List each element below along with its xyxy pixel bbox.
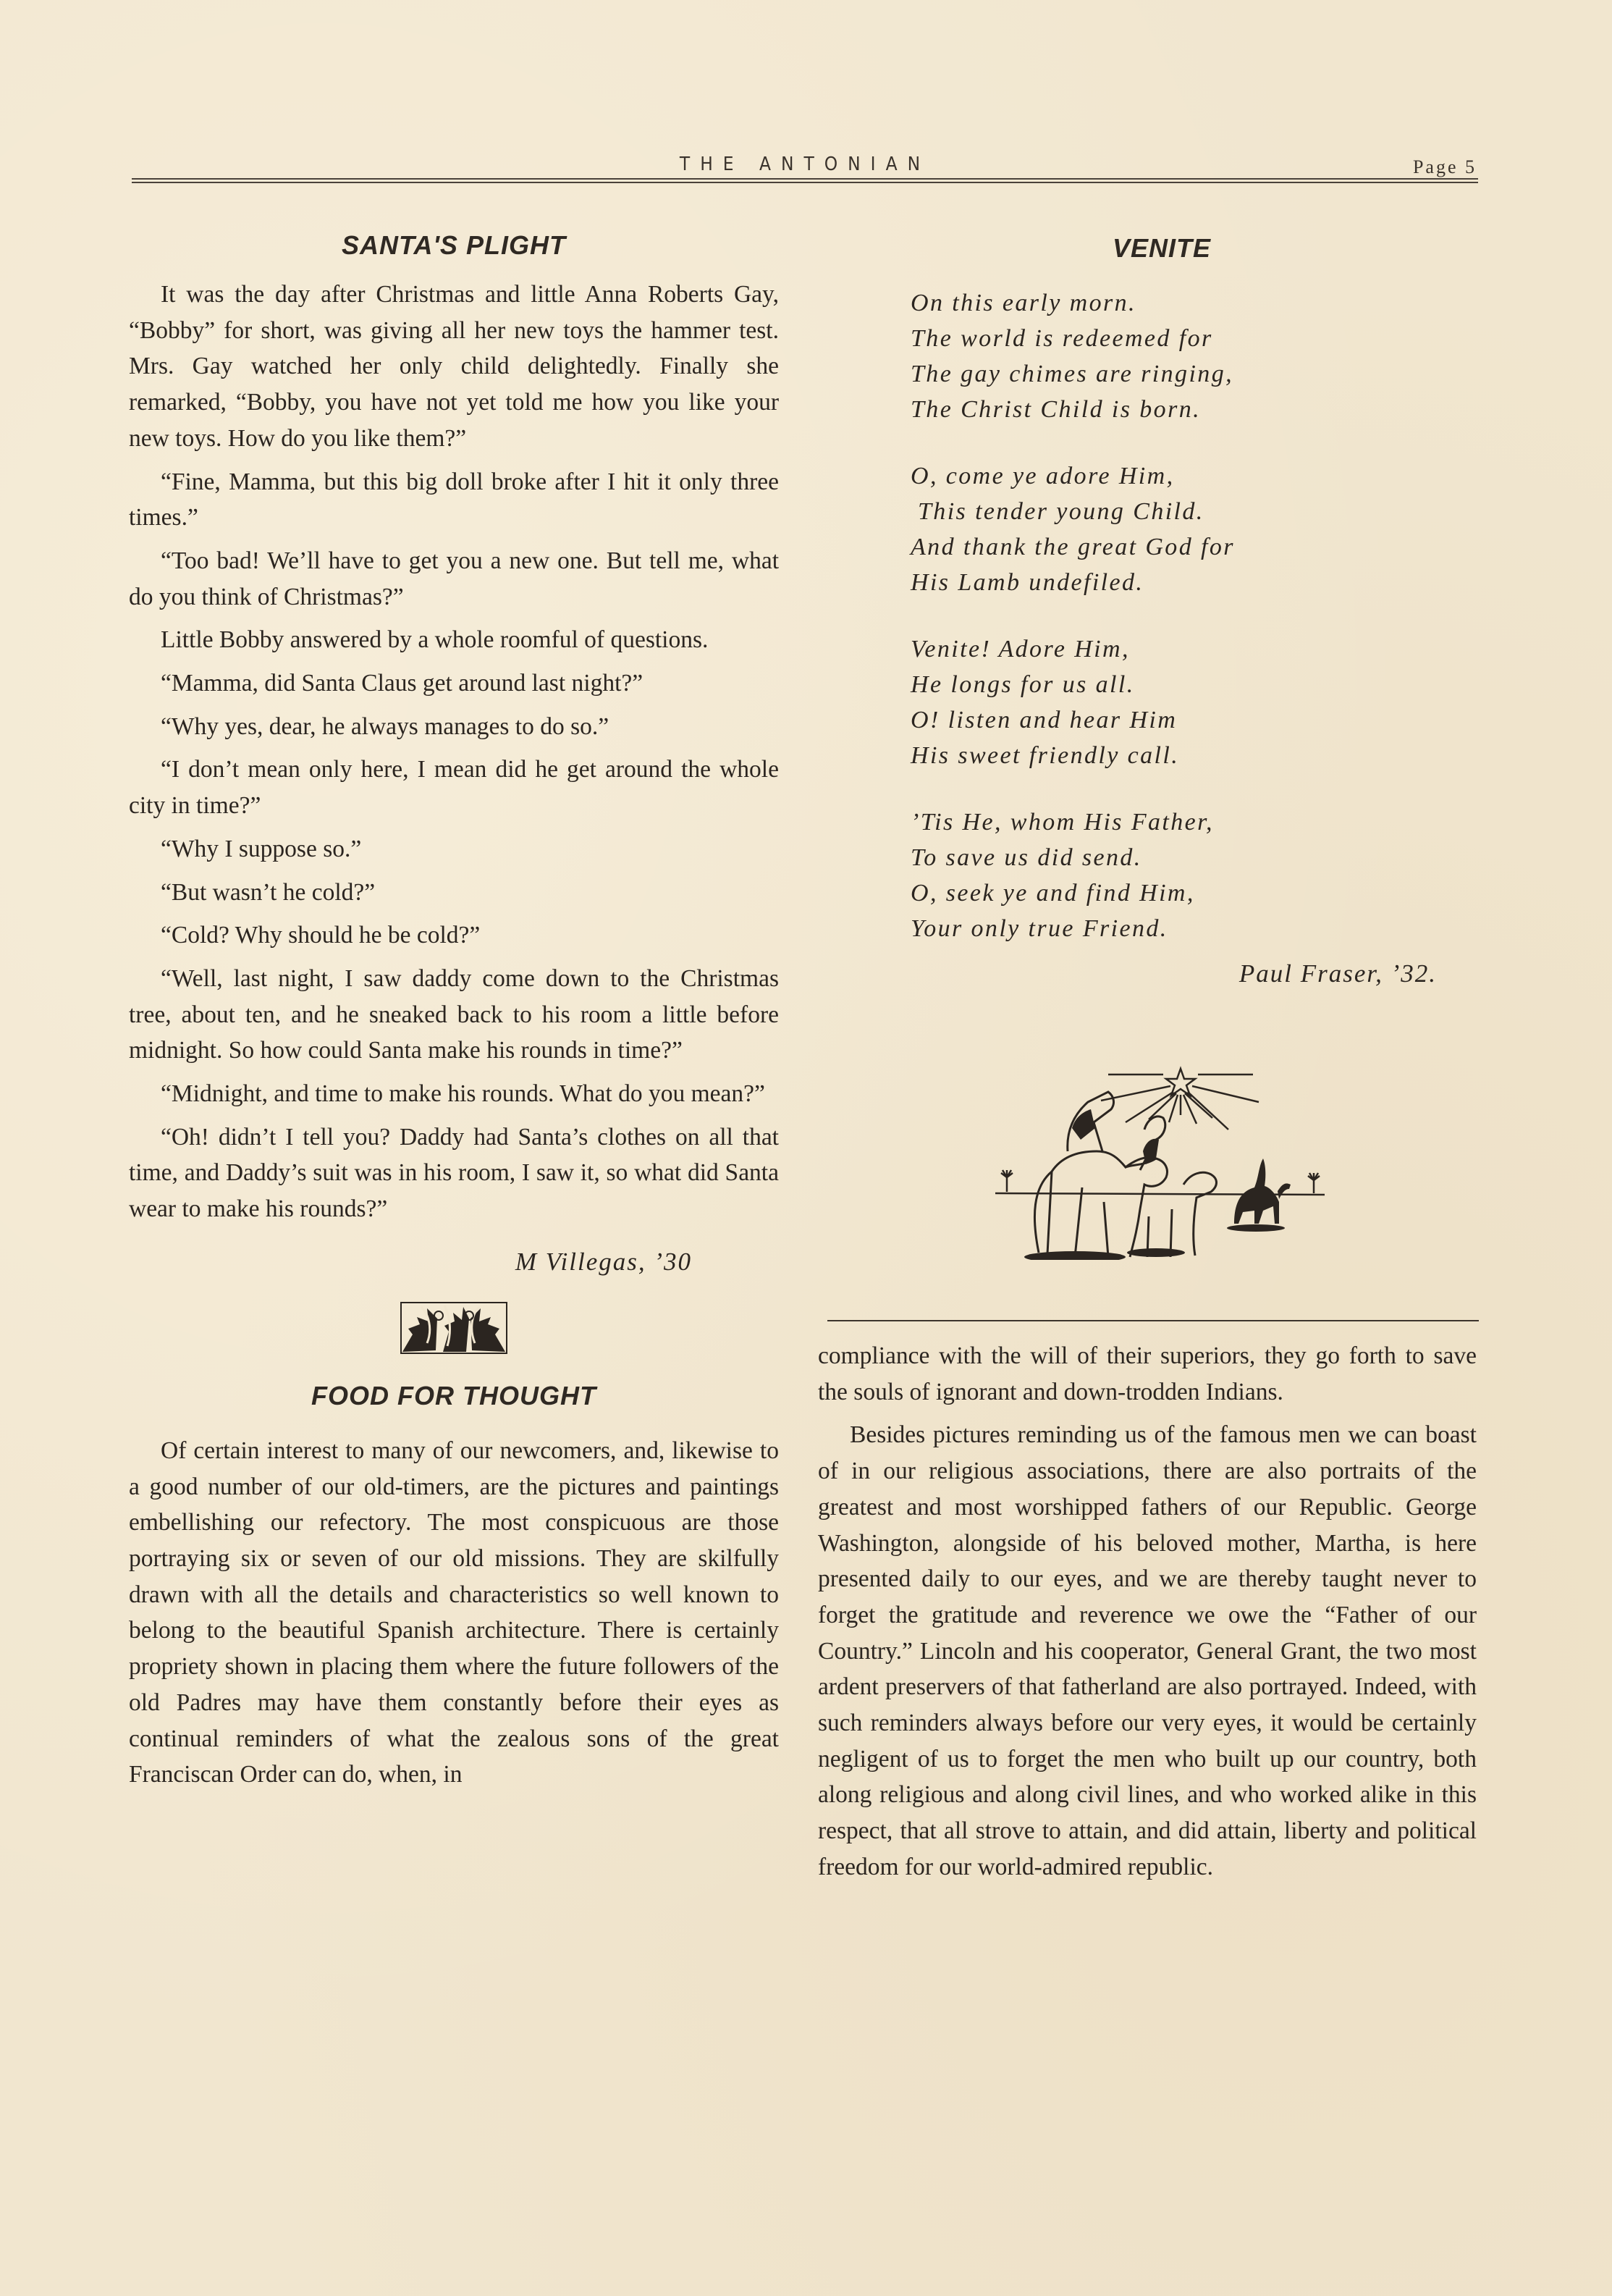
paragraph: Of certain interest to many of our newco… [129,1433,779,1793]
paragraph: “Mamma, did Santa Claus get around last … [129,665,779,702]
poem-stanza: On this early morn. The world is redeeme… [911,285,1480,427]
poem-line: To save us did send. [911,840,1480,875]
poem-body: On this early morn. The world is redeeme… [911,285,1480,946]
paragraph: “Cold? Why should he be cold?” [129,917,779,954]
paragraph: “Oh! didn’t I tell you? Daddy had Santa’… [129,1119,779,1227]
paragraph: “Why I suppose so.” [129,831,779,867]
page-number: Page 5 [1413,156,1477,178]
poem-title: VENITE [843,233,1480,264]
article-title: SANTA'S PLIGHT [129,230,779,261]
article-body-part-1: Of certain interest to many of our newco… [129,1433,779,1793]
poem-line: His Lamb undefiled. [911,565,1480,600]
poem-line: On this early morn. [911,285,1480,321]
poem-line: Your only true Friend. [911,911,1480,946]
poem-line: O, seek ye and find Him, [911,875,1480,911]
poem-stanza: O, come ye adore Him, This tender young … [911,458,1480,600]
poem-line: O! listen and hear Him [911,702,1480,738]
poem-line: O, come ye adore Him, [911,458,1480,494]
holly-ornament-icon [400,1300,508,1356]
newspaper-page: THE ANTONIAN Page 5 SANTA'S PLIGHT It wa… [0,0,1612,2296]
poem-line: Venite! Adore Him, [911,631,1480,667]
poem-line: This tender young Child. [911,494,1480,529]
poem-line: His sweet friendly call. [911,738,1480,773]
paragraph: It was the day after Christmas and littl… [129,277,779,457]
paragraph: “Too bad! We’ll have to get you a new on… [129,543,779,615]
right-column-poem: VENITE On this early morn. The world is … [843,217,1480,988]
article-santas-plight: SANTA'S PLIGHT It was the day after Chri… [129,230,779,1277]
poem-line: ’Tis He, whom His Father, [911,804,1480,840]
poem-stanza: Venite! Adore Him, He longs for us all. … [911,631,1480,773]
poem-line: He longs for us all. [911,667,1480,702]
article-title: FOOD FOR THOUGHT [129,1381,779,1411]
article-food-for-thought: FOOD FOR THOUGHT Of certain interest to … [129,1381,779,1793]
paragraph: “Fine, Mamma, but this big doll broke af… [129,464,779,536]
paragraph: “Well, last night, I saw daddy come down… [129,961,779,1069]
column-divider-rule [827,1320,1479,1321]
poem-stanza: ’Tis He, whom His Father, To save us did… [911,804,1480,946]
poem-line: The world is redeemed for [911,321,1480,356]
paragraph: Little Bobby answered by a whole roomful… [129,622,779,658]
paragraph: “Why yes, dear, he always manages to do … [129,709,779,745]
paragraph: “But wasn’t he cold?” [129,875,779,911]
poem-line: The gay chimes are ringing, [911,356,1480,392]
poem-author: Paul Fraser, ’32. [843,959,1480,988]
masthead: THE ANTONIAN Page 5 [132,154,1478,182]
right-column-continuation: compliance with the will of their superi… [818,1338,1477,1885]
article-author: M Villegas, ’30 [129,1248,779,1277]
masthead-double-rule [132,178,1478,183]
poem-line: The Christ Child is born. [911,392,1480,427]
publication-title: THE ANTONIAN [132,154,1478,175]
article-body-part-2: compliance with the will of their superi… [818,1338,1477,1885]
paragraph: “I don’t mean only here, I mean did he g… [129,752,779,823]
paragraph: Besides pictures reminding us of the fam… [818,1417,1477,1885]
left-column: SANTA'S PLIGHT It was the day after Chri… [129,217,779,1793]
paragraph: compliance with the will of their superi… [818,1338,1477,1410]
paragraph: “Midnight, and time to make his rounds. … [129,1076,779,1112]
article-body: It was the day after Christmas and littl… [129,277,779,1227]
poem-line: And thank the great God for [911,529,1480,565]
magi-illustration-icon [966,1043,1372,1260]
